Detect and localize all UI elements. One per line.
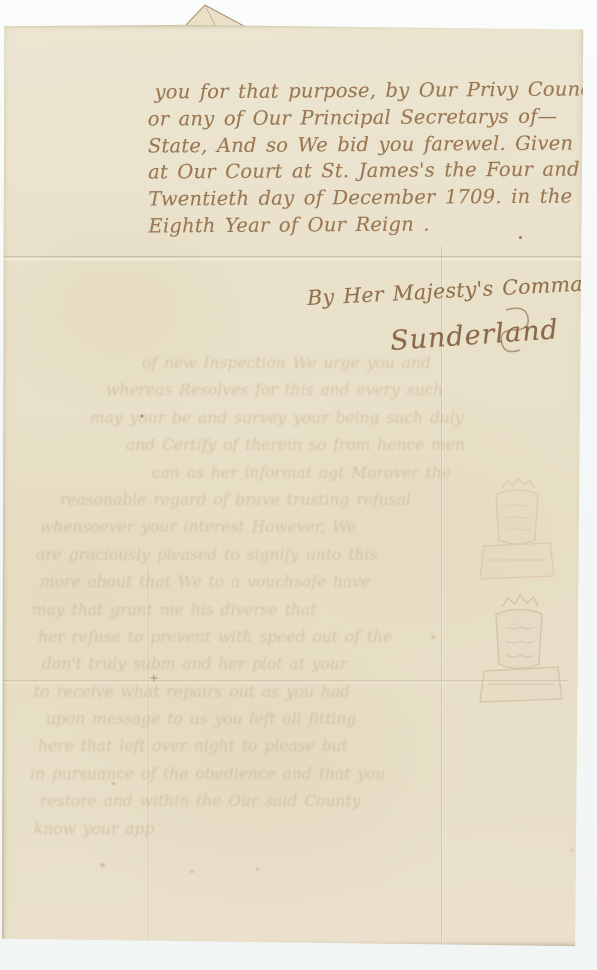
foxing-spot	[569, 848, 574, 852]
bleedthrough-line: upon message to us you left all fitting	[46, 706, 500, 733]
bleedthrough-line: can as her informat agt Morover the	[152, 460, 500, 487]
foxing-spot	[255, 867, 260, 872]
letter-line: State, And so We bid you farewel. Given	[148, 130, 578, 160]
bleedthrough-line: don't truly subm and her plot at your	[42, 651, 500, 678]
scan-background: + of new Inspection We urge you and wher…	[0, 0, 597, 970]
bleedthrough-line: restore and within the Our said County	[40, 788, 500, 815]
bleedthrough-line: may that grant me his diverse that	[32, 597, 500, 624]
foxing-spot	[99, 862, 106, 868]
foxing-spot	[189, 869, 195, 874]
bleedthrough-line: may your be and survey your being such d…	[90, 405, 500, 432]
foxing-spot	[140, 414, 144, 418]
letter-line: Eighth Year of Our Reign .	[148, 210, 578, 240]
letter-line: or any of Our Principal Secretarys of—	[148, 103, 578, 133]
bleedthrough-line: are graciously pleased to signify unto t…	[36, 542, 500, 569]
horizontal-fold-crease	[2, 256, 585, 261]
bleedthrough-line: to receive what repairs out as you had	[34, 679, 500, 706]
letter-body: you for that purpose, by Our Privy Counc…	[147, 77, 578, 241]
closing-line: By Her Majesty's Command	[307, 272, 578, 310]
bleedthrough-text: of new Inspection We urge you and wherea…	[30, 350, 500, 843]
bleedthrough-line: here that left over night to please but	[38, 733, 500, 760]
manuscript-page: + of new Inspection We urge you and wher…	[2, 24, 585, 948]
letter-line: at Our Court at St. James's the Four and	[148, 157, 578, 187]
bleedthrough-line: whereas Resolves for this and every such	[106, 377, 500, 404]
bleedthrough-line: more about that We to a vouchsafe have	[40, 569, 500, 596]
bleedthrough-line: in pursuance of the obedience and that y…	[30, 761, 500, 788]
letter-line: you for that purpose, by Our Privy Counc…	[147, 77, 577, 107]
bleedthrough-line: and Certify of therein so from hence men	[126, 432, 500, 459]
bleedthrough-line: know your appearance of Our Kingdom. We	[34, 816, 154, 843]
letter-line: Twentieth day of December 1709. in the	[148, 184, 578, 214]
embossed-seal-icon	[476, 589, 568, 709]
bleedthrough-line: whensoever your interest However, We	[40, 514, 500, 541]
foxing-spot	[430, 634, 436, 640]
foxing-spot	[111, 781, 116, 786]
embossed-seal-icon	[474, 472, 560, 586]
stray-ink-dot	[519, 236, 522, 239]
bleedthrough-line: of new Inspection We urge you and	[142, 350, 500, 377]
bleedthrough-line: reasonable regard of brave trusting refu…	[60, 487, 500, 514]
